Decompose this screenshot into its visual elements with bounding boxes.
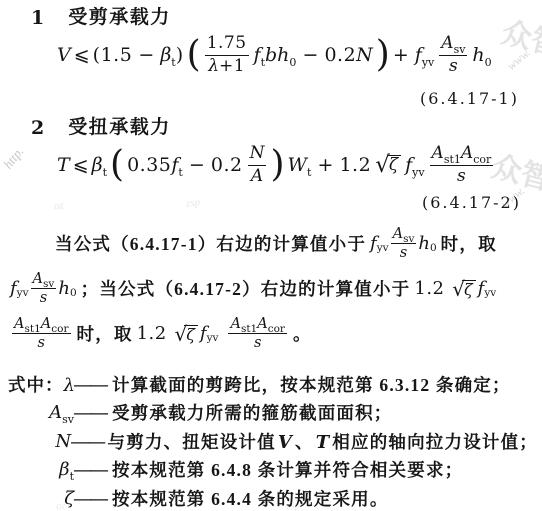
fraction-n-over-a: N A — [248, 144, 267, 185]
watermark-www-fragment: www. — [504, 45, 534, 73]
var-zeta: ζ — [462, 280, 476, 298]
definition-dash: —— — [74, 488, 112, 509]
paren-close: ) — [176, 44, 184, 66]
formula-h0: h0 — [472, 44, 491, 66]
num-0-2: 0.2 — [211, 154, 243, 176]
sub-0: 0 — [289, 56, 296, 69]
num-1-2: 1.2 — [414, 278, 444, 299]
var-T: T — [316, 432, 331, 453]
fraction-asv-over-s: Asv s — [439, 34, 467, 75]
var-f: f — [254, 44, 261, 66]
item-number: 1 — [31, 7, 44, 29]
sub-t: t — [103, 166, 107, 179]
watermark-fragment: zsp — [185, 196, 200, 209]
leq-sign: ⩽ — [71, 44, 93, 66]
fraction-numerator: 1.75 — [205, 34, 249, 53]
definition-zeta: ζ —— 按本规范第 6.4.4 条的规定采用。 — [8, 484, 538, 511]
plus-sign: + — [318, 154, 334, 176]
sub-t: t — [171, 56, 175, 69]
var-f: f — [370, 233, 377, 254]
document-page: http. 众智 www. 众智 www. oz zsp oz zsp 1 受剪… — [0, 0, 542, 511]
var-s: s — [447, 57, 460, 76]
definition-symbol: βt — [8, 459, 74, 480]
sub-yv: yv — [412, 166, 424, 179]
var-s: s — [36, 335, 47, 351]
var-beta: β — [59, 459, 69, 480]
var-zeta: ζ — [64, 488, 74, 509]
var-N: N — [55, 431, 71, 452]
num-0-35: 0.35 — [127, 154, 171, 176]
fraction-ast1-acor-over-s: Ast1Acors — [12, 316, 71, 351]
definition-text-post: 相应的轴向拉力设计值； — [332, 432, 538, 452]
sub-0: 0 — [70, 287, 77, 299]
inline-math-1-2-sqrt-zeta-fyv: 1.2 √ζfyv — [414, 278, 496, 299]
formula-inner-terms: 0.35ft − 0.2 — [127, 154, 243, 176]
sub-sv: sv — [403, 233, 414, 245]
sub-t: t — [261, 56, 265, 69]
fraction-denominator: λ+1 — [206, 57, 247, 76]
definition-text: 受剪承载力所需的箍筋截面面积； — [112, 400, 538, 425]
fraction-ast1-acor-over-s: Ast1Acors — [228, 316, 287, 351]
inline-math-ast1-acor-s: Ast1Acors — [226, 316, 289, 351]
var-N: N — [248, 144, 267, 163]
big-paren-open: ( — [187, 33, 201, 77]
sub-0: 0 — [485, 56, 492, 69]
var-A: A — [393, 226, 403, 242]
sqrt-zeta: √ζ — [375, 154, 401, 177]
leq-sign: ⩽ — [70, 154, 92, 176]
definition-symbol: N — [8, 431, 71, 452]
paragraph-text: 。 — [293, 321, 312, 346]
var-V: V — [278, 432, 293, 453]
sub-yv: yv — [377, 242, 389, 254]
sub-st1: st1 — [241, 323, 257, 335]
fraction-numerator: Ast1Acor — [430, 144, 494, 163]
var-zeta: ζ — [387, 155, 401, 174]
var-bh: bh — [265, 44, 289, 66]
sub-st1: st1 — [24, 323, 40, 335]
definition-symbol: 式中：λ — [8, 372, 74, 397]
definition-beta-t: βt —— 按本规范第 6.4.8 条计算并符合相关要求； — [8, 456, 538, 485]
var-h: h — [418, 233, 430, 254]
definition-text: 计算截面的剪跨比，按本规范第 6.3.12 条确定； — [112, 372, 538, 397]
formula-shear-capacity: V⩽(1.5 − βt) ( 1.75 λ+1 ftbh0 − 0.2N ) +… — [55, 33, 494, 77]
inline-math-fyv-asv-s-h0: fyvAsvsh0 — [370, 226, 437, 261]
fraction-numerator: Ast1Acor — [12, 316, 71, 332]
definition-lambda: 式中：λ —— 计算截面的剪跨比，按本规范第 6.3.12 条确定； — [8, 370, 538, 399]
paragraph-text: 时，取 — [441, 231, 497, 256]
minus-sign: − — [189, 154, 205, 176]
var-A: A — [461, 143, 473, 163]
paren-open: ( — [93, 44, 101, 66]
paragraph-line-2: fyvAsvsh0 ；当公式（6.4.17-2）右边的计算值小于 1.2 √ζf… — [6, 271, 500, 306]
sub-sv: sv — [62, 413, 74, 426]
fraction-ast1-acor-over-s: Ast1Acor s — [430, 144, 494, 185]
var-h: h — [472, 44, 484, 66]
equation-number-2: (6.4.17-2) — [422, 193, 521, 212]
fraction-asv-over-s: Asvs — [31, 271, 57, 306]
var-A: A — [49, 402, 62, 423]
fraction-numerator: Asv — [31, 271, 57, 287]
inline-math-ast1-acor-s: Ast1Acors — [10, 316, 73, 351]
paragraph-line-1: 当公式（6.4.17-1）右边的计算值小于 fyvAsvsh0 时，取 — [55, 226, 497, 261]
var-A: A — [249, 167, 265, 186]
var-s: s — [38, 290, 49, 306]
var-h: h — [58, 278, 70, 299]
sub-t: t — [178, 166, 182, 179]
formula-mid-terms: ftbh0 − 0.2N — [254, 44, 373, 66]
var-lambda: λ — [208, 56, 219, 76]
paragraph-text: 当公式（6.4.17-1）右边的计算值小于 — [55, 231, 366, 256]
sub-cor: cor — [51, 323, 68, 335]
var-s: s — [455, 167, 468, 186]
list-item-2-heading: 2 受扭承载力 — [31, 117, 171, 139]
definition-dash: —— — [74, 374, 112, 395]
sub-yv: yv — [17, 287, 29, 299]
num-0-2: 0.2 — [324, 44, 356, 66]
var-f: f — [10, 278, 17, 299]
sub-yv: yv — [422, 56, 434, 69]
var-A: A — [257, 316, 267, 332]
minus-sign: − — [138, 44, 154, 66]
var-beta: β — [92, 154, 103, 176]
watermark-fragment: oz — [53, 200, 64, 213]
definition-symbol: ζ — [8, 488, 74, 509]
inline-math-fyv-asv-s-h0: fyvAsvsh0 — [10, 271, 77, 306]
sub-yv: yv — [484, 287, 496, 299]
sub-cor: cor — [473, 153, 491, 166]
definition-dash: —— — [74, 402, 112, 423]
var-s: s — [252, 335, 263, 351]
formula-wt-plus: Wt + 1.2 — [288, 154, 372, 176]
formula-lhs: T⩽βt — [57, 154, 107, 176]
num-1-5: 1.5 — [101, 44, 133, 66]
num-1-2: 1.2 — [339, 154, 371, 176]
formula-plus-fyv: + fyv — [393, 44, 434, 66]
fraction-numerator: Ast1Acor — [228, 316, 287, 332]
definition-dash: —— — [71, 431, 107, 452]
sub-st1: st1 — [444, 153, 461, 166]
sub-yv: yv — [207, 332, 219, 344]
var-A: A — [230, 316, 240, 332]
fraction-1-75-over-lambda-plus-1: 1.75 λ+1 — [205, 34, 249, 75]
paragraph-text: 时，取 — [77, 321, 133, 346]
plus-sign: + — [393, 44, 409, 66]
formula-torsion-capacity: T⩽βt ( 0.35ft − 0.2 N A ) Wt + 1.2 √ζ fy… — [55, 143, 496, 187]
var-zeta: ζ — [184, 325, 198, 343]
var-A: A — [33, 271, 43, 287]
paragraph-line-3: Ast1Acors 时，取 1.2 √ζfyv Ast1Acors 。 — [6, 316, 312, 351]
var-V: V — [57, 44, 71, 66]
paragraph-text: ；当公式（6.4.17-2）右边的计算值小于 — [81, 276, 411, 301]
sqrt-zeta: √ζ — [452, 279, 475, 299]
sub-0: 0 — [430, 242, 437, 254]
sub-sv: sv — [43, 278, 54, 290]
definition-dash: —— — [74, 459, 112, 480]
minus-sign: − — [302, 44, 318, 66]
plus-1: +1 — [219, 56, 245, 76]
var-N: N — [356, 44, 373, 66]
sqrt-zeta: √ζ — [174, 324, 197, 344]
watermark-stamp: 众智 — [498, 7, 542, 64]
equation-number-1: (6.4.17-1) — [420, 89, 519, 108]
definition-n: N —— 与剪力、扭矩设计值V、T相应的轴向拉力设计值； — [8, 427, 538, 456]
definition-asv: Asv —— 受剪承载力所需的箍筋截面面积； — [8, 399, 538, 428]
symbol-definitions: 式中：λ —— 计算截面的剪跨比，按本规范第 6.3.12 条确定； Asv —… — [8, 370, 538, 511]
big-paren-close: ) — [376, 33, 390, 77]
formula-fyv: fyv — [405, 154, 424, 176]
inline-math-1-2-sqrt-zeta-fyv: 1.2 √ζfyv — [137, 323, 219, 344]
num-1-2: 1.2 — [137, 323, 167, 344]
item-title-torsion-capacity: 受扭承载力 — [68, 117, 171, 139]
var-T: T — [57, 154, 70, 176]
enumeration-comma: 、 — [295, 432, 314, 452]
definition-text: 按本规范第 6.4.4 条的规定采用。 — [112, 486, 538, 511]
list-item-1-heading: 1 受剪承载力 — [31, 7, 171, 29]
watermark-url-fragment: http. — [0, 144, 27, 172]
var-beta: β — [160, 44, 171, 66]
definition-text: 按本规范第 6.4.8 条计算并符合相关要求； — [112, 457, 538, 482]
big-paren-close: ) — [270, 143, 284, 187]
where-label: 式中： — [8, 376, 64, 396]
big-paren-open: ( — [110, 143, 124, 187]
sub-t: t — [307, 166, 311, 179]
var-A: A — [432, 143, 444, 163]
definition-symbol: Asv — [8, 402, 74, 423]
var-s: s — [398, 245, 409, 261]
formula-lhs: V⩽(1.5 − βt) — [57, 44, 184, 66]
var-A: A — [41, 316, 51, 332]
sub-cor: cor — [268, 323, 285, 335]
definition-text: 与剪力、扭矩设计值V、T相应的轴向拉力设计值； — [108, 429, 539, 454]
item-title-shear-capacity: 受剪承载力 — [68, 7, 171, 29]
item-number: 2 — [31, 117, 44, 139]
var-f: f — [415, 44, 422, 66]
var-f: f — [200, 323, 207, 344]
definition-text-pre: 与剪力、扭矩设计值 — [108, 432, 276, 452]
fraction-numerator: Asv — [391, 226, 417, 242]
var-A: A — [14, 316, 24, 332]
fraction-numerator: Asv — [439, 34, 467, 53]
sub-sv: sv — [454, 43, 466, 56]
fraction-asv-over-s: Asvs — [391, 226, 417, 261]
sub-t: t — [70, 470, 74, 483]
var-W: W — [288, 154, 308, 176]
var-A: A — [441, 33, 453, 53]
